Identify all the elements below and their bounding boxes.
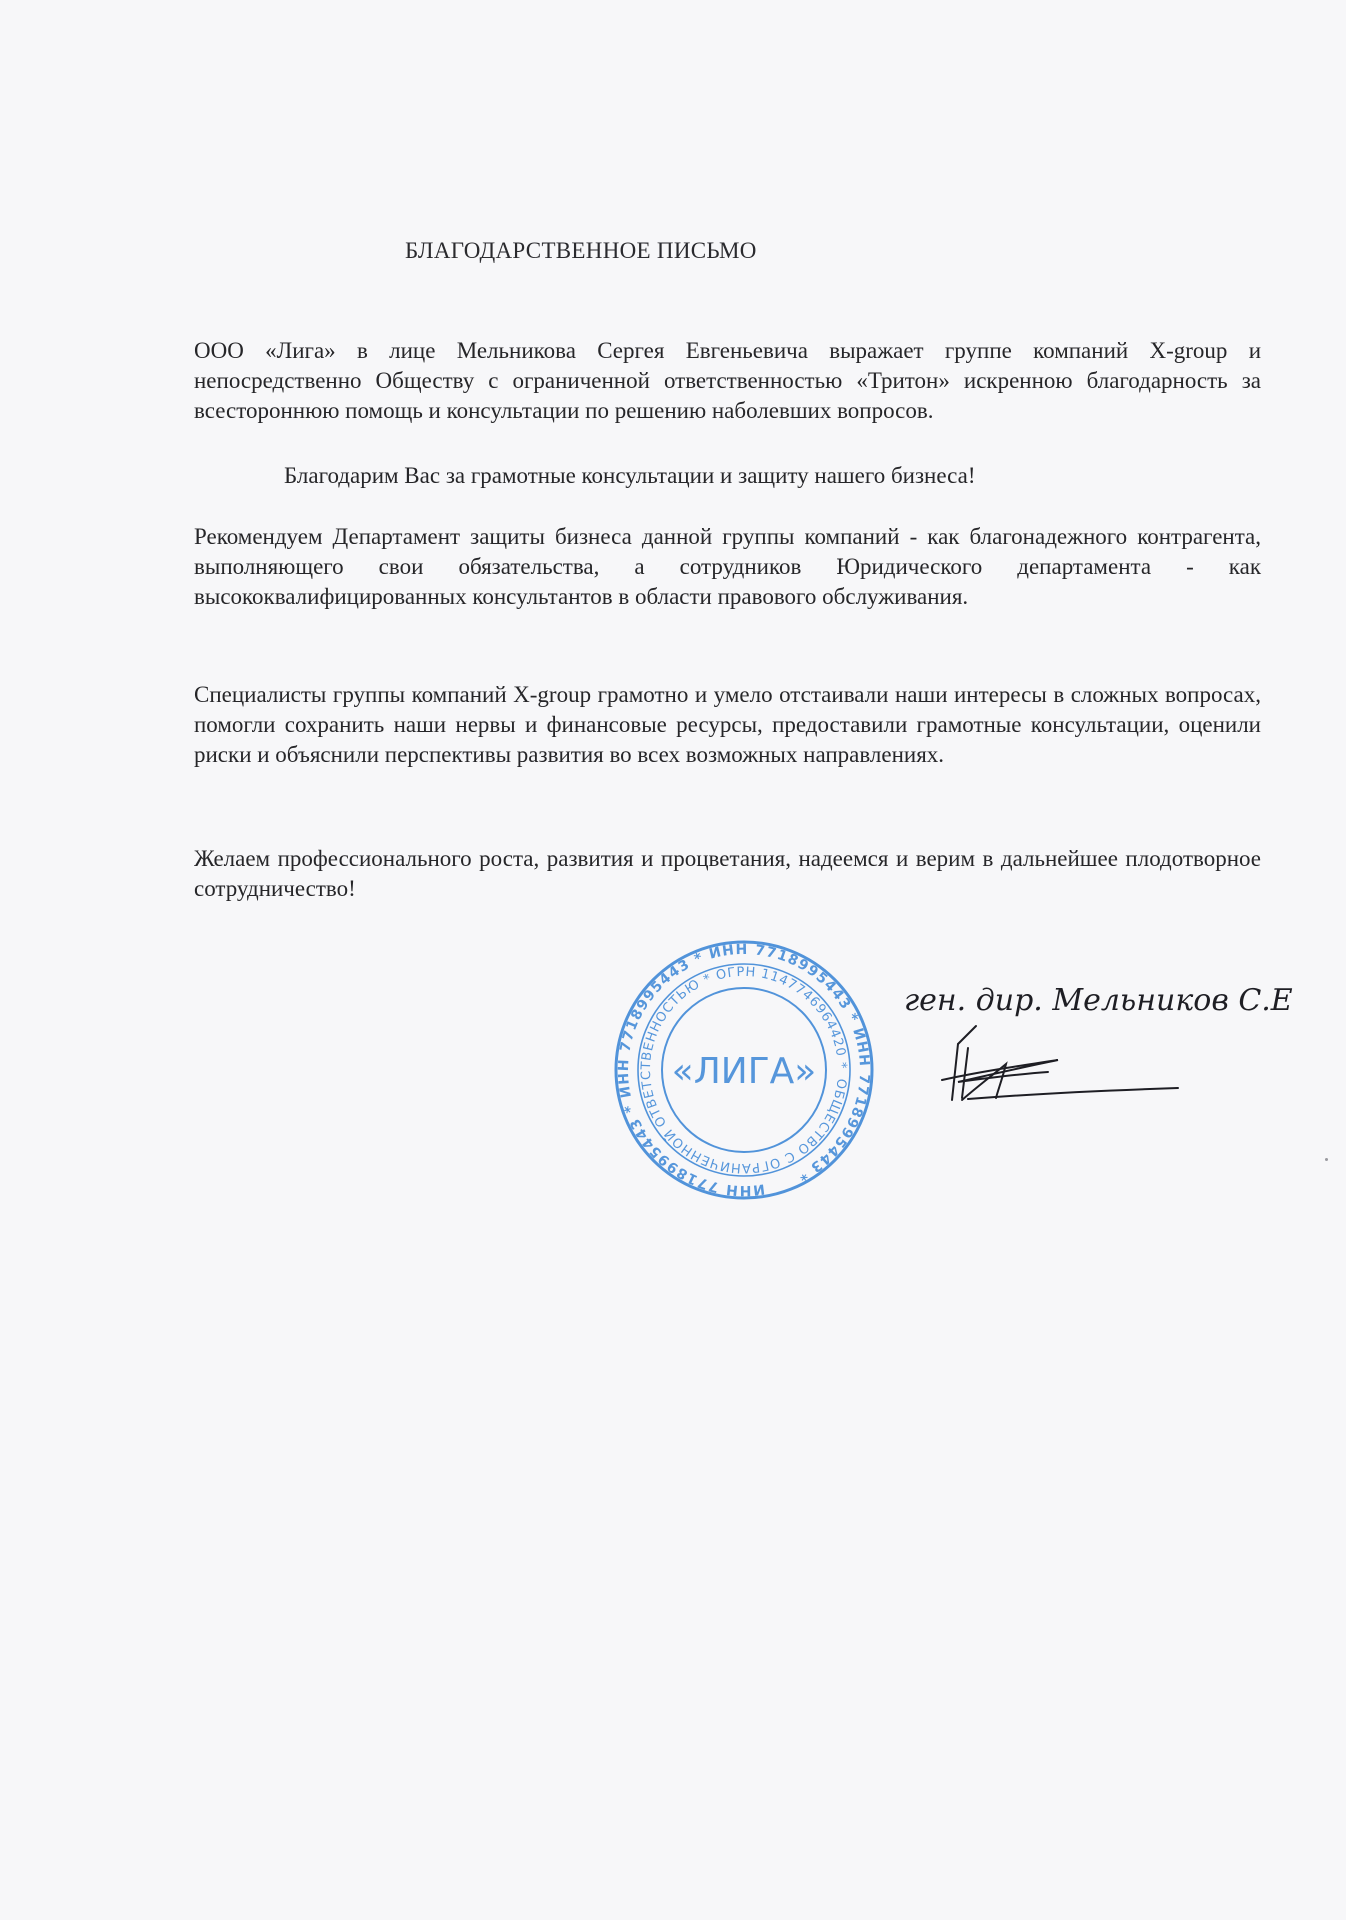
document-title: БЛАГОДАРСТВЕННОЕ ПИСЬМО	[405, 238, 757, 264]
paragraph-recommendation: Рекомендуем Департамент защиты бизнеса д…	[194, 522, 1261, 612]
paragraph-wishes: Желаем профессионального роста, развития…	[194, 844, 1261, 904]
paragraph-intro: ООО «Лига» в лице Мельникова Сергея Евге…	[194, 336, 1261, 426]
seal-icon: ИНН 7718995443 * ИНН 7718995443 * ИНН 77…	[612, 938, 876, 1202]
letter-page: БЛАГОДАРСТВЕННОЕ ПИСЬМО ООО «Лига» в лиц…	[0, 0, 1346, 1920]
handwritten-signature-icon: ген. дир. Мельников С.Е	[898, 968, 1328, 1108]
director-signature: ген. дир. Мельников С.Е	[898, 968, 1328, 1108]
seal-center-text: «ЛИГА»	[672, 1051, 817, 1092]
signature-caption: ген. дир. Мельников С.Е	[904, 983, 1293, 1018]
paper-speck	[1325, 1158, 1328, 1161]
paragraph-specialists: Специалисты группы компаний X-group грам…	[194, 680, 1261, 770]
company-seal-stamp: ИНН 7718995443 * ИНН 7718995443 * ИНН 77…	[612, 938, 876, 1202]
paragraph-thanks: Благодарим Вас за грамотные консультации…	[284, 461, 976, 491]
